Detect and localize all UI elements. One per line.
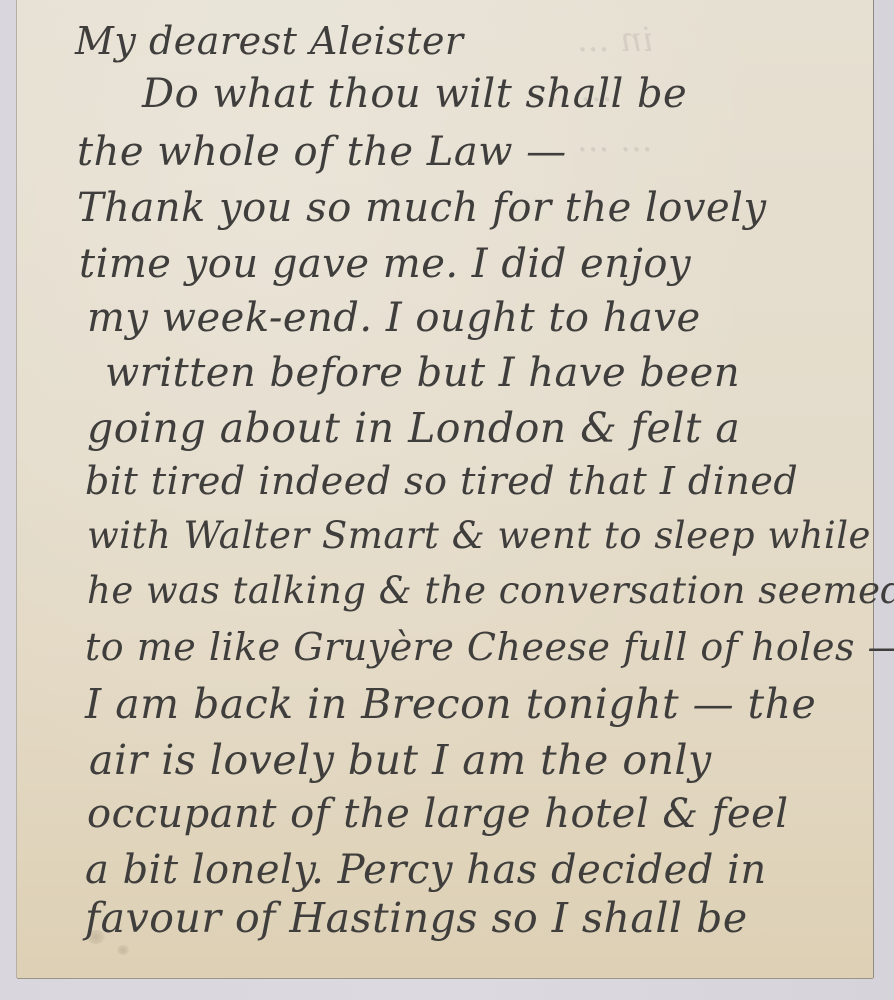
letter-line: my week-end. I ought to have bbox=[87, 298, 701, 338]
letter-line: air is lovely but I am the only bbox=[89, 740, 712, 781]
letter-line: occupant of the large hotel & feel bbox=[87, 794, 789, 834]
letter-line: to me like Gruyère Cheese full of holes … bbox=[85, 628, 894, 666]
letter-line: a bit lonely. Percy has decided in bbox=[85, 850, 767, 890]
paper-stain bbox=[117, 945, 129, 955]
letter-page: in ... ... ... ... ... My dearest Aleist… bbox=[17, 0, 873, 978]
bleed-through-text: ... ... bbox=[577, 120, 653, 160]
letter-line: Do what thou wilt shall be bbox=[142, 74, 687, 114]
letter-line: bit tired indeed so tired that I dined bbox=[85, 462, 798, 500]
letter-line: time you gave me. I did enjoy bbox=[79, 244, 691, 284]
letter-line: the whole of the Law — bbox=[77, 132, 567, 172]
letter-line: written before but I have been bbox=[105, 353, 740, 393]
letter-line: with Walter Smart & went to sleep while bbox=[87, 517, 871, 554]
letter-line: Thank you so much for the lovely bbox=[77, 188, 767, 228]
letter-line: I am back in Brecon tonight — the bbox=[85, 684, 816, 725]
letter-line: favour of Hastings so I shall be bbox=[85, 898, 748, 939]
letter-line: going about in London & felt a bbox=[87, 408, 740, 449]
bleed-through-text: in ... bbox=[577, 20, 653, 60]
letter-line: he was talking & the conversation seemed bbox=[87, 572, 894, 609]
salutation: My dearest Aleister bbox=[75, 22, 464, 60]
